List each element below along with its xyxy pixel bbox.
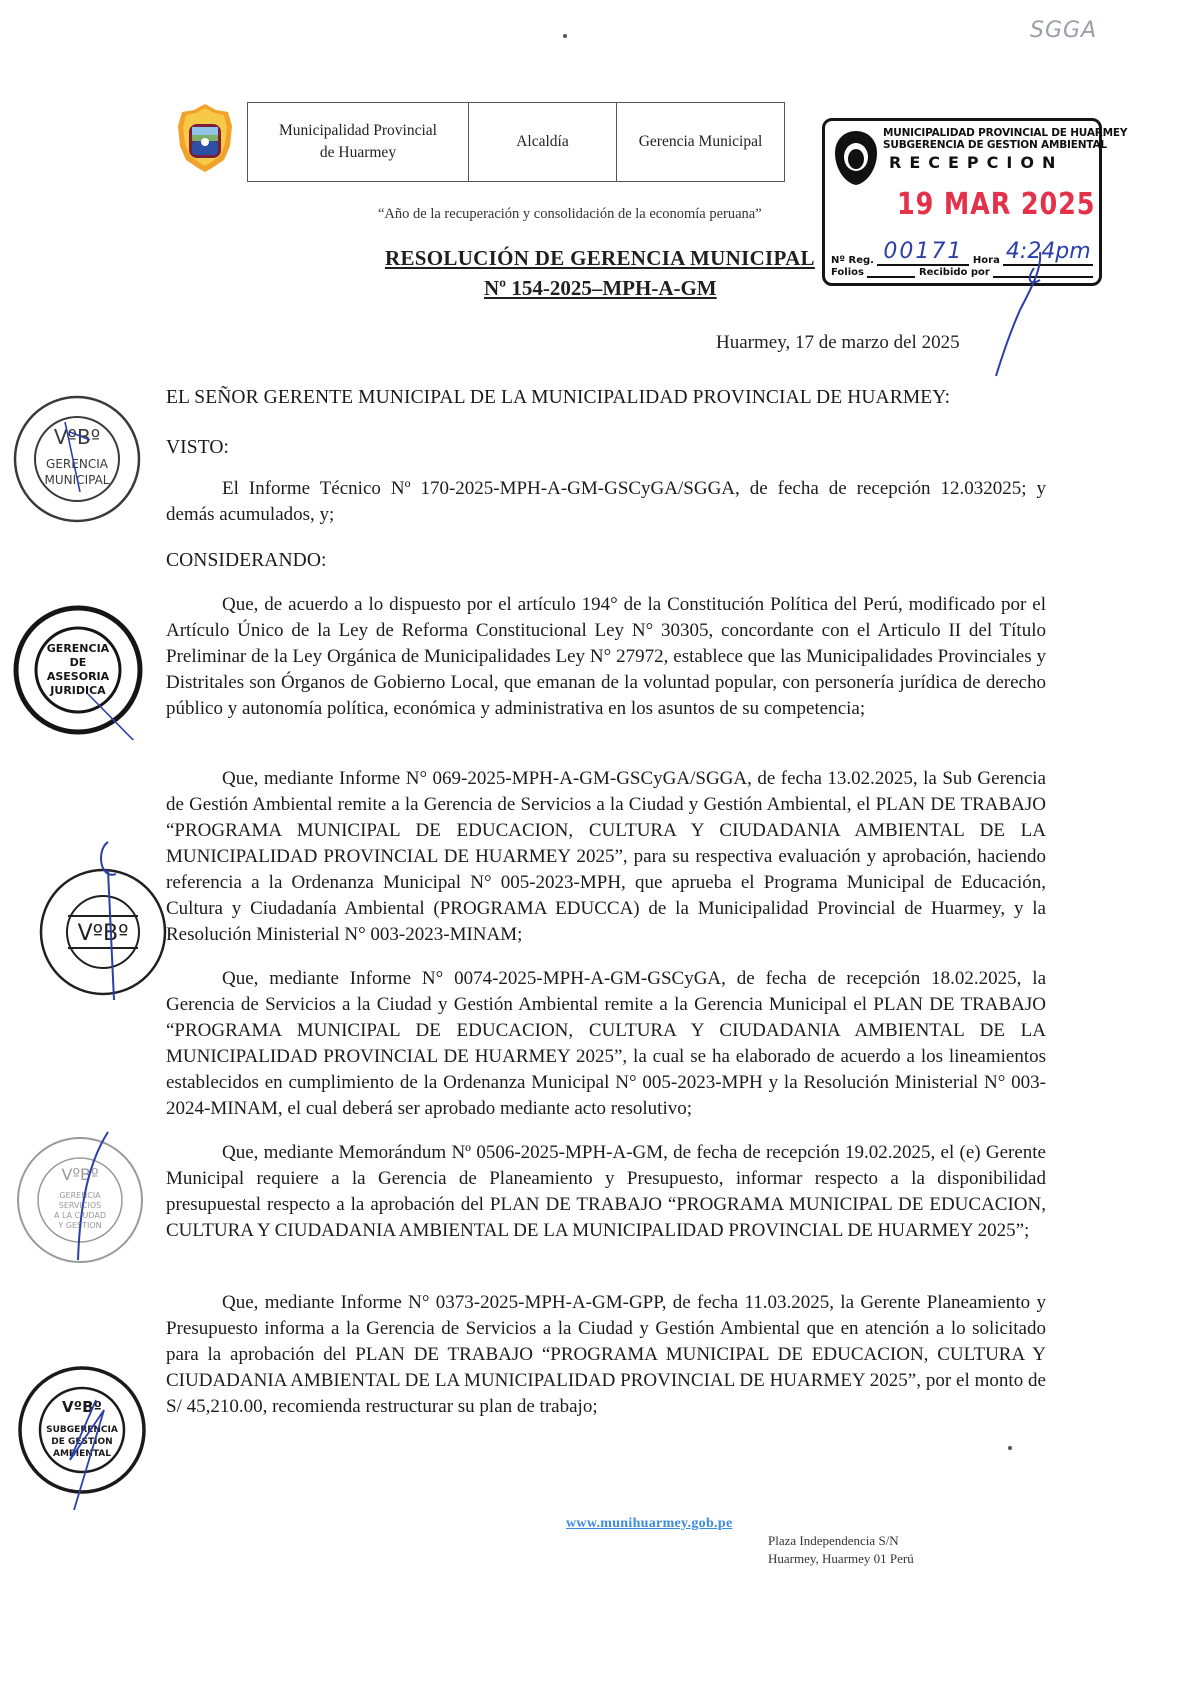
visto-paragraph: El Informe Técnico Nº 170-2025-MPH-A-GM-… bbox=[166, 476, 1046, 528]
svg-text:GERENCIA: GERENCIA bbox=[59, 1191, 101, 1200]
svg-text:VºBº: VºBº bbox=[78, 921, 129, 946]
svg-text:VºBº: VºBº bbox=[54, 425, 100, 449]
vb-stamp-gerencia-municipal: VºBº GERENCIA MUNICIPAL bbox=[10, 392, 144, 526]
svg-text:JURIDICA: JURIDICA bbox=[49, 684, 106, 697]
stamp-organization: MUNICIPALIDAD PROVINCIAL DE HUARMEY SUBG… bbox=[883, 127, 1098, 151]
svg-text:GERENCIA: GERENCIA bbox=[46, 457, 109, 471]
year-motto: “Año de la recuperación y consolidación … bbox=[378, 206, 762, 223]
considerando-paragraph-2: Que, mediante Informe N° 069-2025-MPH-A-… bbox=[166, 766, 1046, 948]
scan-speck bbox=[563, 34, 567, 38]
vb-stamp-planeamiento-presupuesto: VºBº bbox=[36, 840, 170, 1000]
scan-speck bbox=[1008, 1446, 1012, 1450]
considerando-heading: CONSIDERANDO: bbox=[166, 550, 327, 572]
considerando-paragraph-1: Que, de acuerdo a lo dispuesto por el ar… bbox=[166, 592, 1046, 722]
vb-stamp-servicios-gestion-ambiental: VºBº GERENCIA SERVICIOS A LA CIUDAD Y GE… bbox=[10, 1130, 150, 1270]
signature-stroke-icon bbox=[990, 250, 1070, 380]
resolution-number: Nº 154-2025–MPH-A-GM bbox=[484, 276, 717, 301]
svg-text:SERVICIOS: SERVICIOS bbox=[59, 1201, 101, 1210]
svg-text:AMBIENTAL: AMBIENTAL bbox=[53, 1449, 111, 1459]
handwritten-routing-note: SGGA bbox=[1030, 18, 1097, 43]
svg-text:VºBº: VºBº bbox=[62, 1165, 99, 1184]
stamp-label: RECEPCION bbox=[889, 153, 1063, 172]
considerando-paragraph-3: Que, mediante Informe N° 0074-2025-MPH-A… bbox=[166, 966, 1046, 1122]
svg-text:A LA CIUDAD: A LA CIUDAD bbox=[54, 1211, 106, 1220]
resolution-title: RESOLUCIÓN DE GERENCIA MUNICIPAL bbox=[385, 246, 815, 271]
letterhead-table: Municipalidad Provincialde Huarmey Alcal… bbox=[247, 102, 785, 182]
stamp-date: 19 MAR 2025 bbox=[897, 187, 1095, 222]
stamp-asesoria-juridica: GERENCIA DE ASESORIA JURIDICA bbox=[8, 600, 148, 740]
place-and-date: Huarmey, 17 de marzo del 2025 bbox=[716, 332, 960, 354]
svg-text:GERENCIA: GERENCIA bbox=[47, 642, 110, 655]
letterhead-alcaldia: Alcaldía bbox=[469, 103, 617, 181]
stamp-emblem-icon bbox=[833, 129, 879, 187]
vb-stamp-subgerencia-gestion-ambiental: VºBº SUBGERENCIA DE GESTION AMBIENTAL bbox=[12, 1360, 152, 1510]
considerando-paragraph-4: Que, mediante Memorándum Nº 0506-2025-MP… bbox=[166, 1140, 1046, 1244]
visto-heading: VISTO: bbox=[166, 437, 229, 459]
footer-website-link[interactable]: www.munihuarmey.gob.pe bbox=[566, 1516, 732, 1532]
svg-text:DE: DE bbox=[70, 656, 87, 669]
addressee: EL SEÑOR GERENTE MUNICIPAL DE LA MUNICIP… bbox=[166, 387, 950, 409]
footer-address: Plaza Independencia S/N Huarmey, Huarmey… bbox=[768, 1532, 914, 1568]
letterhead-gerencia: Gerencia Municipal bbox=[617, 103, 784, 181]
svg-text:ASESORIA: ASESORIA bbox=[47, 670, 110, 683]
huarmey-coat-of-arms-icon bbox=[176, 102, 234, 174]
stamp-registration-number: 00171 bbox=[883, 239, 963, 264]
considerando-paragraph-5: Que, mediante Informe N° 0373-2025-MPH-A… bbox=[166, 1290, 1046, 1420]
letterhead-municipality: Municipalidad Provincialde Huarmey bbox=[248, 103, 469, 181]
